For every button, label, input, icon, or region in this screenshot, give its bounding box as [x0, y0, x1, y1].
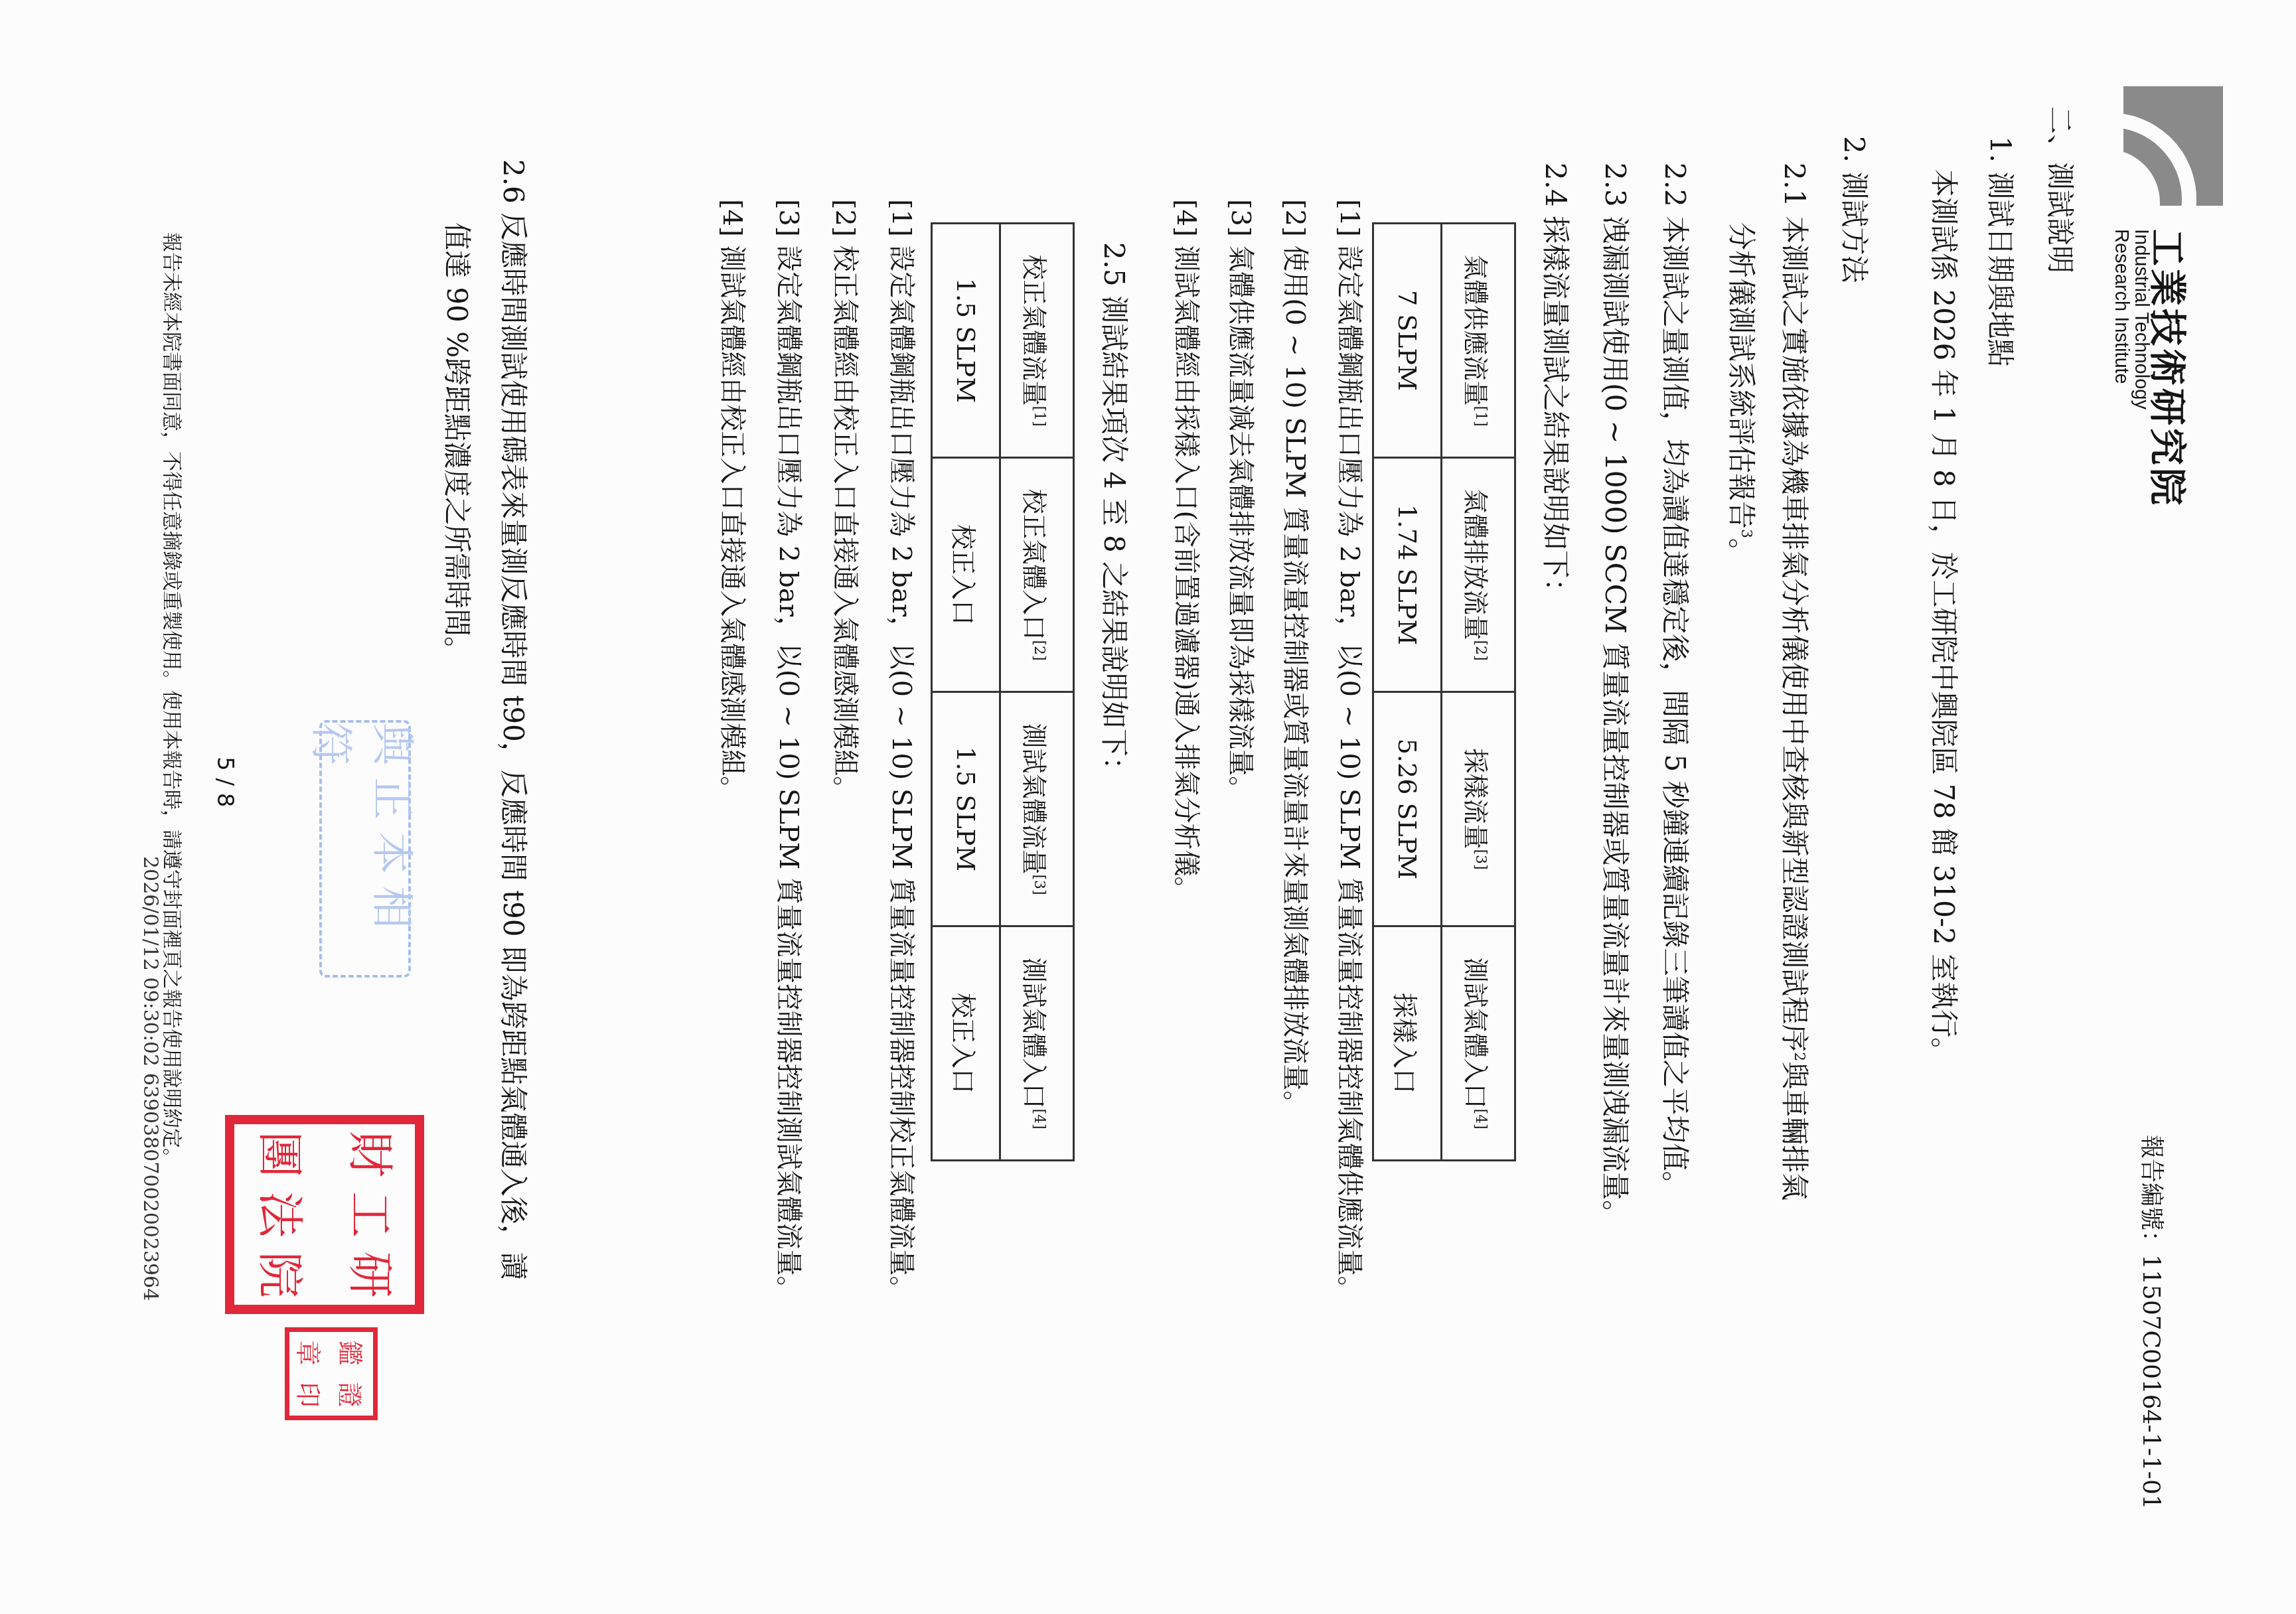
s1-body: 本測試係 2026 年 1 月 8 日，於工研院中興院區 78 館 310-2 …: [1926, 169, 1961, 1065]
table-header-row: 校正氣體流量[1] 校正氣體入口[2] 測試氣體流量[3] 測試氣體入口[4]: [1000, 224, 1074, 1161]
table-row: 1.5 SLPM 校正入口 1.5 SLPM 校正入口: [932, 224, 1000, 1161]
s2-2: 2.2 本測試之量測值，均為讀值達穩定後，間隔 5 秒鐘連續記錄三筆讀值之平均值…: [1657, 163, 1692, 1199]
itri-logo-icon: [2123, 86, 2223, 206]
table2-note-1: [1] 設定氣體鋼瓶出口壓力為 2 bar，以(0 ~ 10) SLPM 質量流…: [884, 199, 919, 1303]
footer-notice: 報告未經本院書面同意，不得任意摘錄或重製使用。使用本報告時，請遵守封面裡頁之報告…: [159, 232, 189, 1168]
section-title: 二、測試說明: [2042, 106, 2077, 273]
s2-5: 2.5 測試結果項次 4 至 8 之結果說明如下：: [1097, 242, 1131, 784]
table1-note-1: [1] 設定氣體鋼瓶出口壓力為 2 bar，以(0 ~ 10) SLPM 質量流…: [1332, 199, 1367, 1303]
page-number: 5 / 8: [212, 757, 238, 807]
s2-1-line1: 2.1 本測試之實施依據為機車排氣分析儀使用中查核與新型認證測試程序2與車輛排氣: [1777, 163, 1811, 1201]
certified-copy-stamp: 與正本相符: [319, 720, 411, 978]
s2-1-line2: 分析儀測試系統評估報告3。: [1724, 222, 1758, 566]
report-number: 報告編號：11507C00164-1-1-01: [2136, 1135, 2170, 1510]
document-page: 工業技術研究院 Industrial Technology Research I…: [0, 0, 2296, 1614]
table2-note-4: [4] 測試氣體經由校正入口直接通入氣體感測模組。: [715, 199, 749, 802]
sampling-flow-table: 氣體供應流量[1] 氣體排放流量[2] 採樣流量[3] 測試氣體入口[4] 7 …: [1372, 222, 1516, 1161]
table2-note-3: [3] 設定氣體鋼瓶出口壓力為 2 bar，以(0 ~ 10) SLPM 質量流…: [771, 199, 806, 1303]
table-header-row: 氣體供應流量[1] 氣體排放流量[2] 採樣流量[3] 測試氣體入口[4]: [1442, 224, 1515, 1161]
table1-note-3: [3] 氣體供應流量減去氣體排放流量即為採樣流量。: [1223, 199, 1258, 802]
table1-note-2: [2] 使用(0 ~ 10) SLPM 質量流量控制器或質量流量計來量測氣體排放…: [1278, 199, 1312, 1117]
org-name-en: Industrial Technology Research Institute: [2111, 229, 2151, 409]
s1-title: 1. 測試日期與地點: [1983, 136, 2017, 366]
print-timestamp: 2026/01/12 09:30:02 639038070020023964: [139, 856, 162, 1301]
table-row: 7 SLPM 1.74 SLPM 5.26 SLPM 採樣入口: [1373, 224, 1442, 1161]
calibration-flow-table: 校正氣體流量[1] 校正氣體入口[2] 測試氣體流量[3] 測試氣體入口[4] …: [931, 222, 1075, 1161]
table1-note-4: [4] 測試氣體經由採樣入口(含前置過濾器)通入排氣分析儀。: [1169, 199, 1203, 903]
s2-title: 2. 測試方法: [1837, 136, 1871, 283]
s2-6-line1: 2.6 反應時間測試使用碼表來量測反應時間 t90，反應時間 t90 即為跨距點…: [496, 159, 530, 1280]
table2-note-2: [2] 校正氣體經由校正入口直接通入氣體感測模組。: [828, 199, 862, 802]
institute-seal-stamp: 財工研 團法院: [225, 1115, 424, 1314]
s2-3: 2.3 洩漏測試使用(0 ~ 1000) SCCM 質量流量控制器或質量流量計來…: [1598, 163, 1632, 1228]
s2-4: 2.4 採樣流量測試之結果說明如下：: [1538, 163, 1572, 606]
verification-seal-stamp: 鑑證 章印: [285, 1327, 378, 1420]
s2-6-line2: 值達 90 %跨距點濃度之所需時間。: [439, 222, 474, 664]
